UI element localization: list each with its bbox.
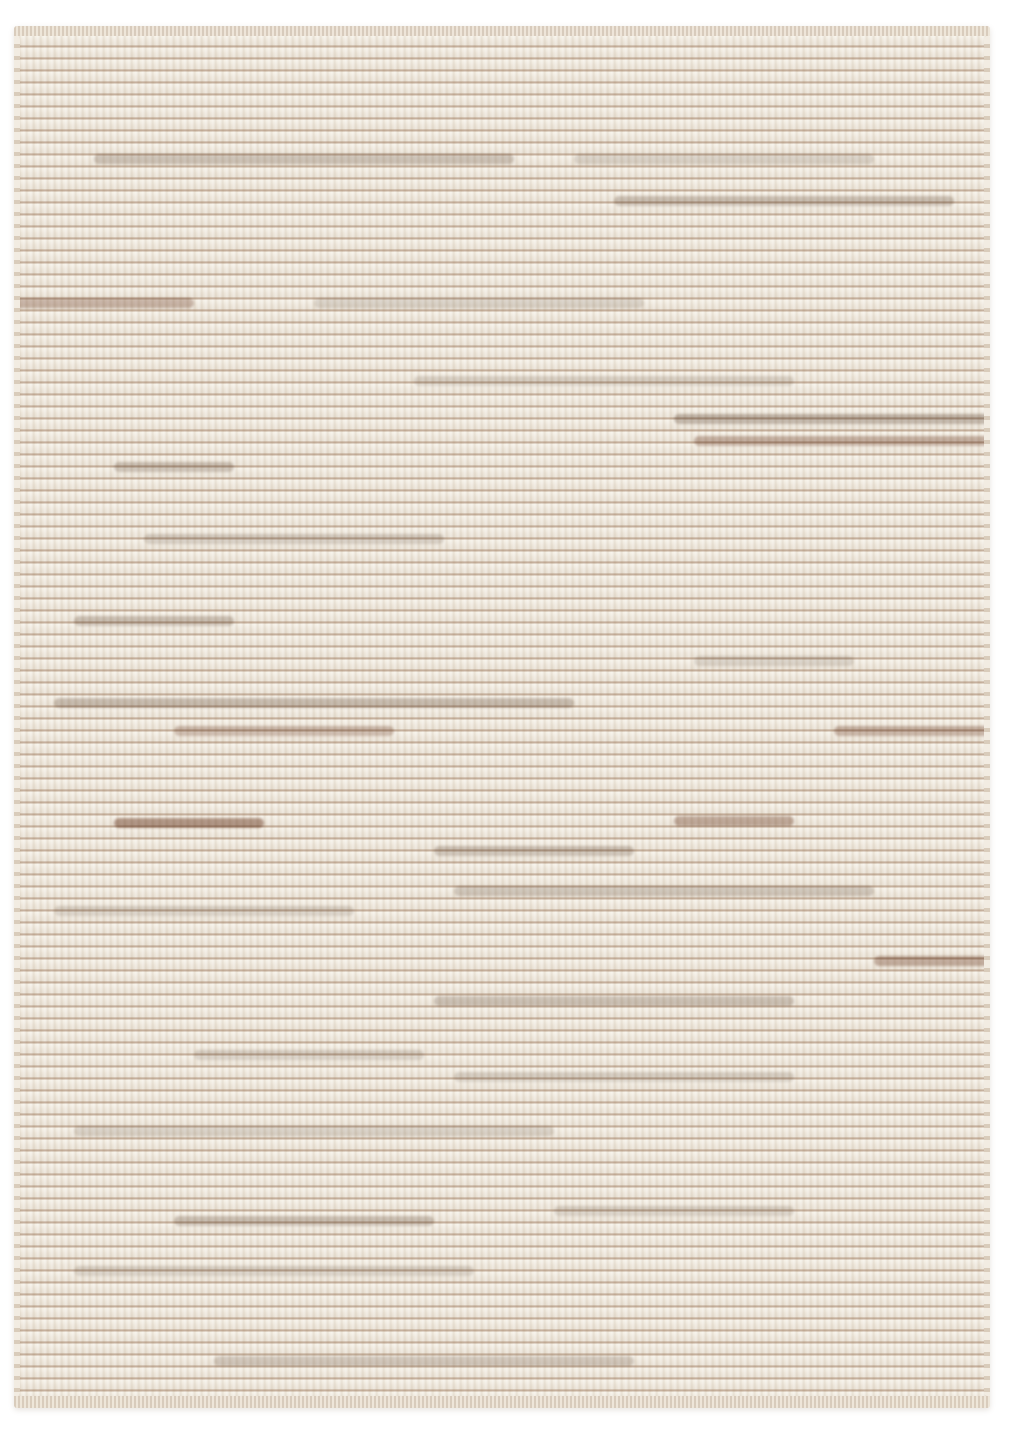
yarn-color-streak (114, 818, 264, 828)
yarn-color-streak (194, 1050, 424, 1060)
yarn-color-streak (454, 886, 874, 896)
yarn-color-streak (434, 996, 794, 1006)
yarn-color-streak (74, 616, 234, 626)
yarn-color-streak (174, 726, 394, 736)
yarn-color-streak (174, 1216, 434, 1226)
yarn-color-streak (114, 462, 234, 472)
yarn-color-streak (434, 846, 634, 856)
product-photo (0, 0, 1024, 1436)
rug-bottom-binding (14, 1396, 990, 1408)
yarn-color-streak (144, 534, 444, 544)
rug-weave-field (14, 36, 990, 1396)
yarn-color-streak (414, 376, 794, 386)
yarn-color-streak (574, 154, 874, 164)
rug-left-selvedge (14, 36, 20, 1396)
yarn-color-streak (214, 1356, 634, 1366)
yarn-color-streak (694, 656, 854, 666)
yarn-color-streak (454, 1072, 794, 1082)
yarn-color-streak (14, 298, 194, 308)
yarn-color-streak (674, 816, 794, 826)
yarn-color-streak (874, 956, 990, 966)
yarn-color-streak (314, 298, 644, 308)
yarn-color-streak (694, 436, 990, 446)
yarn-color-streak (674, 414, 990, 424)
rug-right-selvedge (984, 36, 990, 1396)
rug-top-binding (14, 26, 990, 36)
woven-rug (14, 26, 990, 1408)
yarn-color-streak (74, 1126, 554, 1136)
yarn-color-streak (74, 1266, 474, 1276)
yarn-color-streak (834, 726, 990, 736)
yarn-color-streak (94, 154, 514, 164)
yarn-color-streak (54, 698, 574, 708)
yarn-color-streak (54, 906, 354, 916)
yarn-color-streak (614, 196, 954, 206)
yarn-color-streak (554, 1206, 794, 1216)
